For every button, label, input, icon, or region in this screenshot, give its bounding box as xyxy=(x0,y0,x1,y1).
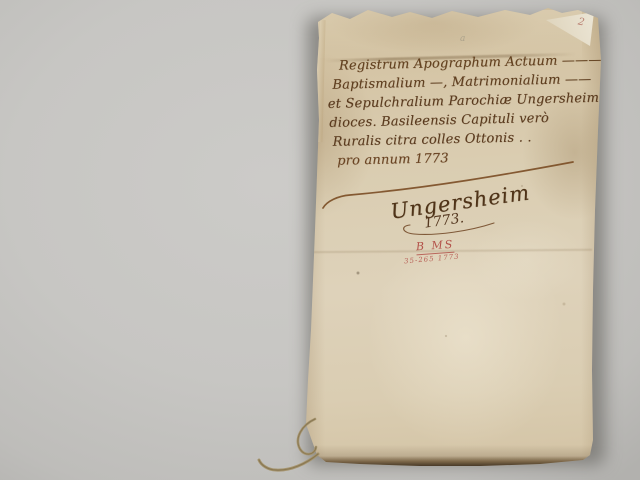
torn-top-flap xyxy=(320,10,582,58)
photo-surface: 2 a Registrum Apographum Actuum ——— Bapt… xyxy=(0,0,640,480)
manuscript-cover: 2 a Registrum Apographum Actuum ——— Bapt… xyxy=(294,4,606,468)
archival-code-number: 35-265 1773 xyxy=(404,253,460,266)
faint-letter-mark: a xyxy=(460,34,465,44)
book-bottom-edge xyxy=(294,456,606,468)
latin-inscription: Registrum Apographum Actuum ——— Baptisma… xyxy=(327,51,586,171)
